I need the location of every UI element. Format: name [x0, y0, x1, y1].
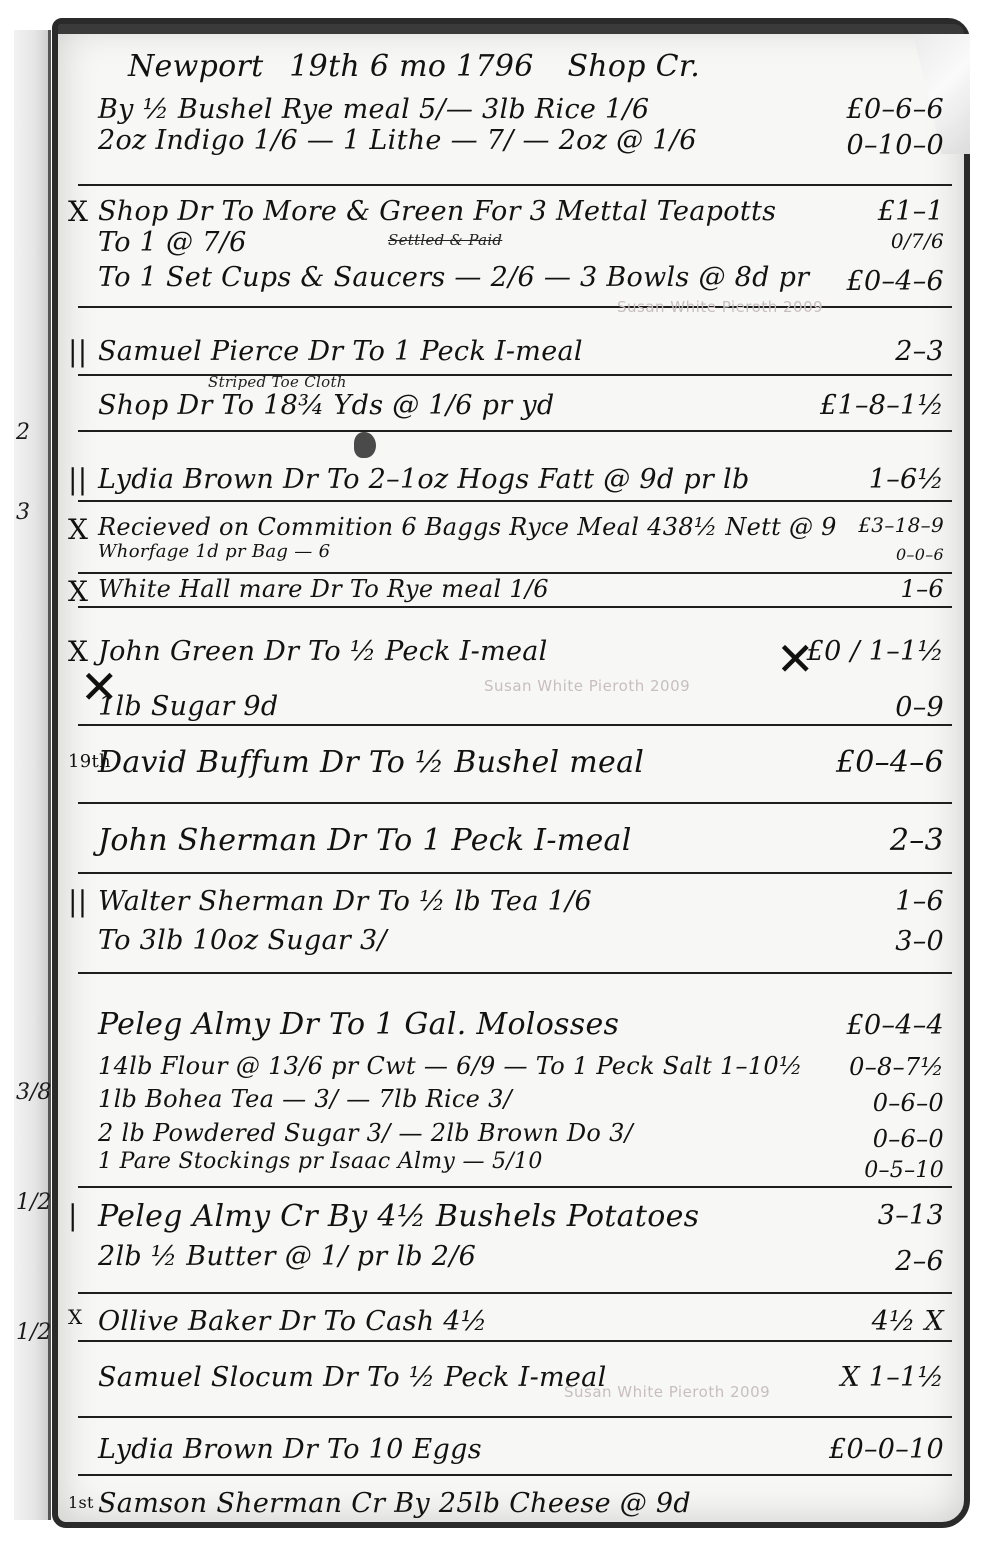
margin-fragment: 1/2	[16, 1320, 51, 1345]
entry-amount: 2–6	[895, 1246, 944, 1277]
entry-line: 2oz Indigo 1/6 — 1 Lithe — 7/ — 2oz @ 1/…	[98, 125, 944, 156]
entry-line: Ollive Baker Dr To Cash 4½	[98, 1306, 944, 1337]
ledger-entry: By ½ Bushel Rye meal 5/— 3lb Rice 1/6 2o…	[98, 94, 944, 156]
entry-line: Whorfage 1d pr Bag — 6	[98, 542, 944, 563]
ledger-entry: | Peleg Almy Cr By 4½ Bushels Potatoes 2…	[98, 1200, 944, 1272]
entry-amount: 3–0	[895, 926, 944, 957]
ruled-line	[78, 606, 952, 608]
ink-blot	[354, 432, 376, 458]
entry-line: David Buffum Dr To ½ Bushel meal	[98, 746, 944, 781]
entry-amount: 0–5–10	[864, 1158, 944, 1183]
ruled-line	[78, 500, 952, 502]
ledger-entry: 1st Samson Sherman Cr By 25lb Cheese @ 9…	[98, 1488, 944, 1519]
entry-line: 1lb Bohea Tea — 3/ — 7lb Rice 3/	[98, 1086, 944, 1114]
entry-amount: 2–3	[890, 824, 944, 859]
ledger-entry: X John Green Dr To ½ Peck I-meal 1lb Sug…	[98, 636, 944, 722]
entry-line: Samson Sherman Cr By 25lb Cheese @ 9d	[98, 1488, 944, 1519]
entry-amount: 1–6	[895, 886, 944, 917]
entry-line: Peleg Almy Dr To 1 Gal. Molosses	[98, 1008, 944, 1043]
entry-amount: 1–6½	[869, 464, 944, 495]
ruled-line	[78, 184, 952, 186]
entry-line: To 1 @ 7/6	[98, 227, 944, 258]
entry-line: 2 lb Powdered Sugar 3/ — 2lb Brown Do 3/	[98, 1120, 944, 1148]
ruled-line	[78, 1474, 952, 1476]
entry-note: Striped Toe Cloth	[208, 374, 347, 391]
entry-line: Walter Sherman Dr To ½ lb Tea 1/6	[98, 886, 944, 917]
header-date: 19th 6 mo 1796	[289, 49, 533, 84]
ledger-entry: 19th David Buffum Dr To ½ Bushel meal £0…	[98, 746, 944, 781]
date-mark: 19th	[68, 752, 111, 773]
ruled-line	[78, 1416, 952, 1418]
ruled-line	[78, 572, 952, 574]
entry-amount: 0/7/6	[891, 230, 944, 253]
margin-fragment: 3/8	[16, 1080, 51, 1105]
entry-line: 2lb ½ Butter @ 1/ pr lb 2/6	[98, 1241, 944, 1272]
ruled-line	[78, 972, 952, 974]
entry-amount: £0–0–10	[829, 1434, 944, 1465]
ledger-entry: X Recieved on Commition 6 Baggs Ryce Mea…	[98, 514, 944, 562]
entry-amount: 4½ X	[872, 1306, 944, 1337]
margin-fragment: 1/2	[16, 1190, 51, 1215]
entry-line: John Sherman Dr To 1 Peck I-meal	[98, 824, 944, 859]
margin-mark: X	[68, 1306, 83, 1329]
entry-line: Peleg Almy Cr By 4½ Bushels Potatoes	[98, 1200, 944, 1235]
entry-amount: £0 / 1–1½	[807, 636, 944, 667]
margin-mark: ||	[68, 886, 87, 918]
settled-x-mark: X	[68, 576, 88, 608]
entry-amount: 1–6	[901, 576, 944, 604]
ledger-entry: Lydia Brown Dr To 10 Eggs £0–0–10	[98, 1434, 944, 1465]
ledger-entry: X Ollive Baker Dr To Cash 4½ 4½ X	[98, 1306, 944, 1337]
entry-amount: 0–6–0	[873, 1126, 944, 1154]
ruled-line	[78, 724, 952, 726]
header-account: Shop Cr.	[567, 49, 700, 84]
entry-amount: £3–18–9	[858, 514, 944, 537]
entry-line: 1lb Sugar 9d	[98, 691, 944, 722]
ruled-line	[78, 1186, 952, 1188]
entry-line: Lydia Brown Dr To 10 Eggs	[98, 1434, 944, 1465]
entry-amount: £0–4–6	[846, 266, 944, 297]
entry-amount: 0–6–0	[873, 1090, 944, 1118]
entry-line: Samuel Slocum Dr To ½ Peck I-meal	[98, 1362, 944, 1393]
entry-line: To 3lb 10oz Sugar 3/	[98, 925, 944, 956]
ruled-line	[78, 306, 952, 308]
entry-amount: £1–8–1½	[820, 390, 944, 421]
ledger-entry: Samuel Slocum Dr To ½ Peck I-meal X 1–1½	[98, 1362, 944, 1393]
entry-note: Settled & Paid	[388, 232, 502, 249]
ledger-entry: X White Hall mare Dr To Rye meal 1/6 1–6	[98, 576, 944, 604]
ruled-line	[78, 430, 952, 432]
margin-fragment: 3	[16, 500, 30, 525]
entry-amount: 0–0–6	[896, 546, 944, 564]
date-mark: 1st	[68, 1494, 94, 1512]
entry-line: White Hall mare Dr To Rye meal 1/6	[98, 576, 944, 604]
entry-amount: 0–10–0	[846, 130, 944, 161]
entry-line: Shop Dr To More & Green For 3 Mettal Tea…	[98, 196, 944, 227]
entry-line: Recieved on Commition 6 Baggs Ryce Meal …	[98, 514, 944, 542]
margin-fragment: 2	[16, 420, 30, 445]
ledger-page: Newport 19th 6 mo 1796 Shop Cr. By ½ Bus…	[52, 18, 970, 1528]
settled-x-mark: X	[68, 196, 88, 228]
entry-line: Shop Dr To 18¾ Yds @ 1/6 pr yd	[98, 390, 944, 421]
entry-amount: £1–1	[878, 196, 944, 227]
ledger-entry: Peleg Almy Dr To 1 Gal. Molosses 14lb Fl…	[98, 1008, 944, 1175]
entry-amount: 0–8–7½	[849, 1054, 944, 1082]
entry-amount: 0–9	[895, 692, 944, 723]
entry-amount: £0–6–6	[846, 94, 944, 125]
ledger-header: Newport 19th 6 mo 1796 Shop Cr.	[128, 50, 944, 85]
ruled-line	[78, 1292, 952, 1294]
ruled-line	[78, 872, 952, 874]
entry-amount: X 1–1½	[840, 1362, 944, 1393]
header-place: Newport	[128, 49, 263, 84]
entry-line: 1 Pare Stockings pr Isaac Almy — 5/10	[98, 1149, 944, 1174]
ledger-entry: || Lydia Brown Dr To 2–1oz Hogs Fatt @ 9…	[98, 464, 944, 495]
ledger-entry: John Sherman Dr To 1 Peck I-meal 2–3	[98, 824, 944, 859]
entry-amount: 3–13	[878, 1200, 944, 1231]
entry-line: To 1 Set Cups & Saucers — 2/6 — 3 Bowls …	[98, 262, 944, 293]
entry-amount: 2–3	[895, 336, 944, 367]
ledger-entry: X Shop Dr To More & Green For 3 Mettal T…	[98, 196, 944, 293]
entry-line: 14lb Flour @ 13/6 pr Cwt — 6/9 — To 1 Pe…	[98, 1053, 944, 1081]
margin-mark: |	[68, 1200, 78, 1232]
entry-line: Samuel Pierce Dr To 1 Peck I-meal	[98, 336, 944, 367]
entry-line: Lydia Brown Dr To 2–1oz Hogs Fatt @ 9d p…	[98, 464, 944, 495]
ruled-line	[78, 1340, 952, 1342]
ledger-entry: Shop Dr To 18¾ Yds @ 1/6 pr yd Striped T…	[98, 390, 944, 421]
ruled-line	[78, 802, 952, 804]
cross-out-mark: ✕	[80, 664, 119, 710]
settled-x-mark: X	[68, 514, 88, 546]
ledger-entry: || Samuel Pierce Dr To 1 Peck I-meal 2–3	[98, 336, 944, 367]
margin-mark: ||	[68, 336, 87, 368]
margin-mark: ||	[68, 464, 87, 496]
ledger-entry: || Walter Sherman Dr To ½ lb Tea 1/6 To …	[98, 886, 944, 956]
adjacent-page-edge: 2 3 3/8 1/2 1/2	[14, 30, 51, 1520]
entry-amount: £0–4–6	[836, 746, 944, 781]
cross-out-mark: ✕	[776, 636, 815, 682]
entry-line: By ½ Bushel Rye meal 5/— 3lb Rice 1/6	[98, 94, 944, 125]
entry-amount: £0–4–4	[846, 1010, 944, 1041]
